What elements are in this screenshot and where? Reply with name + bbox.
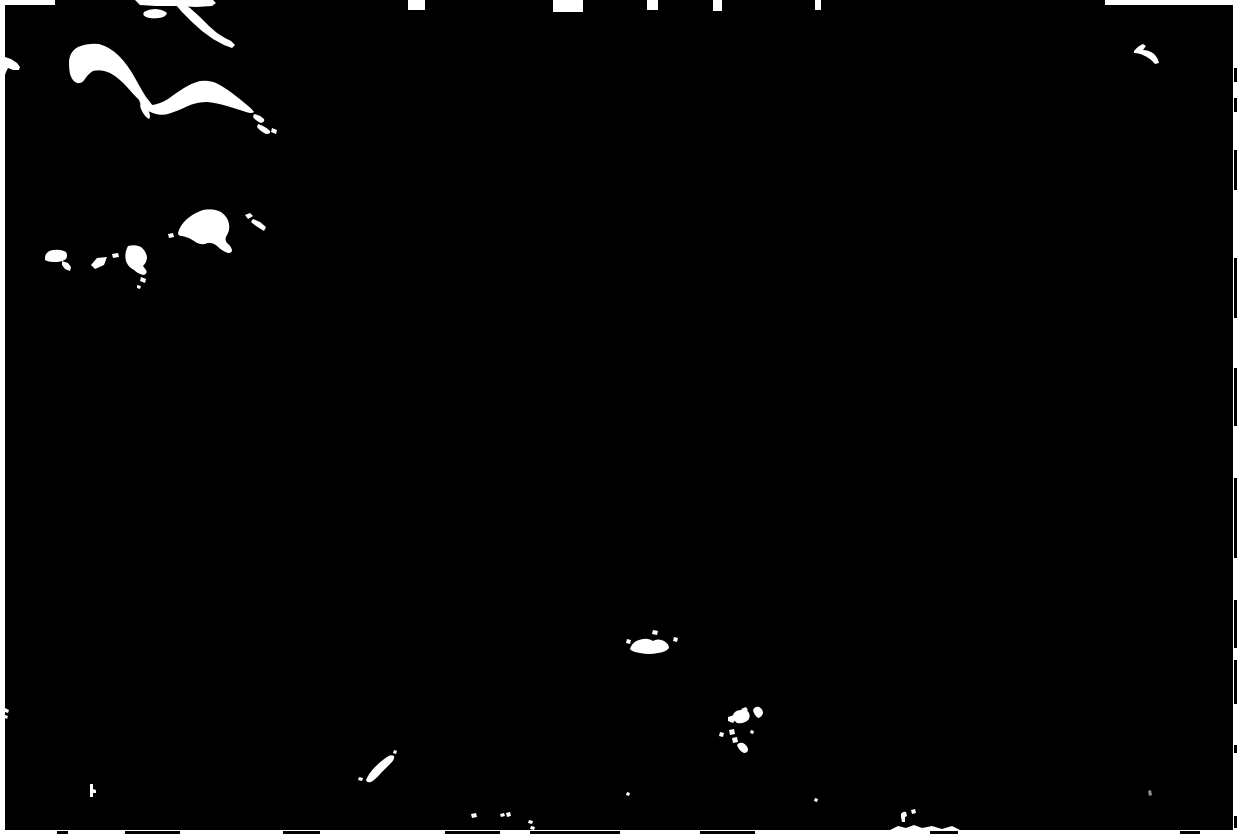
top-notch-5 bbox=[815, 0, 821, 10]
right-dash-2 bbox=[1234, 98, 1237, 112]
bottom-dash-2 bbox=[125, 831, 180, 834]
bottom-dash-7 bbox=[930, 831, 958, 834]
right-dash-1 bbox=[1234, 68, 1237, 82]
right-dash-4 bbox=[1234, 258, 1237, 318]
right-dash-3 bbox=[1234, 150, 1237, 190]
bottom-dash-4 bbox=[445, 831, 500, 834]
right-dash-9 bbox=[1234, 745, 1237, 753]
right-dash-7 bbox=[1234, 600, 1237, 648]
bottom-dash-1 bbox=[57, 831, 68, 834]
bottom-dash-5 bbox=[530, 831, 620, 834]
top-notch-4 bbox=[713, 0, 722, 11]
top-notch-2 bbox=[553, 0, 583, 12]
top-notch-3 bbox=[647, 0, 658, 10]
bottom-dash-6 bbox=[700, 831, 755, 834]
lower-right-dot-3 bbox=[732, 737, 738, 743]
scanned-photo-page bbox=[0, 0, 1240, 839]
right-dash-10 bbox=[1234, 816, 1237, 828]
lower-right-dot-1 bbox=[729, 729, 735, 735]
photo-black-field bbox=[5, 5, 1233, 830]
right-dash-5 bbox=[1234, 368, 1237, 426]
right-dash-6 bbox=[1234, 478, 1237, 558]
right-dash-8 bbox=[1234, 660, 1237, 704]
bottom-dash-8 bbox=[1180, 831, 1200, 834]
top-notch-1 bbox=[408, 0, 425, 10]
bottom-dash-3 bbox=[283, 831, 320, 834]
binary-photo bbox=[0, 0, 1240, 839]
